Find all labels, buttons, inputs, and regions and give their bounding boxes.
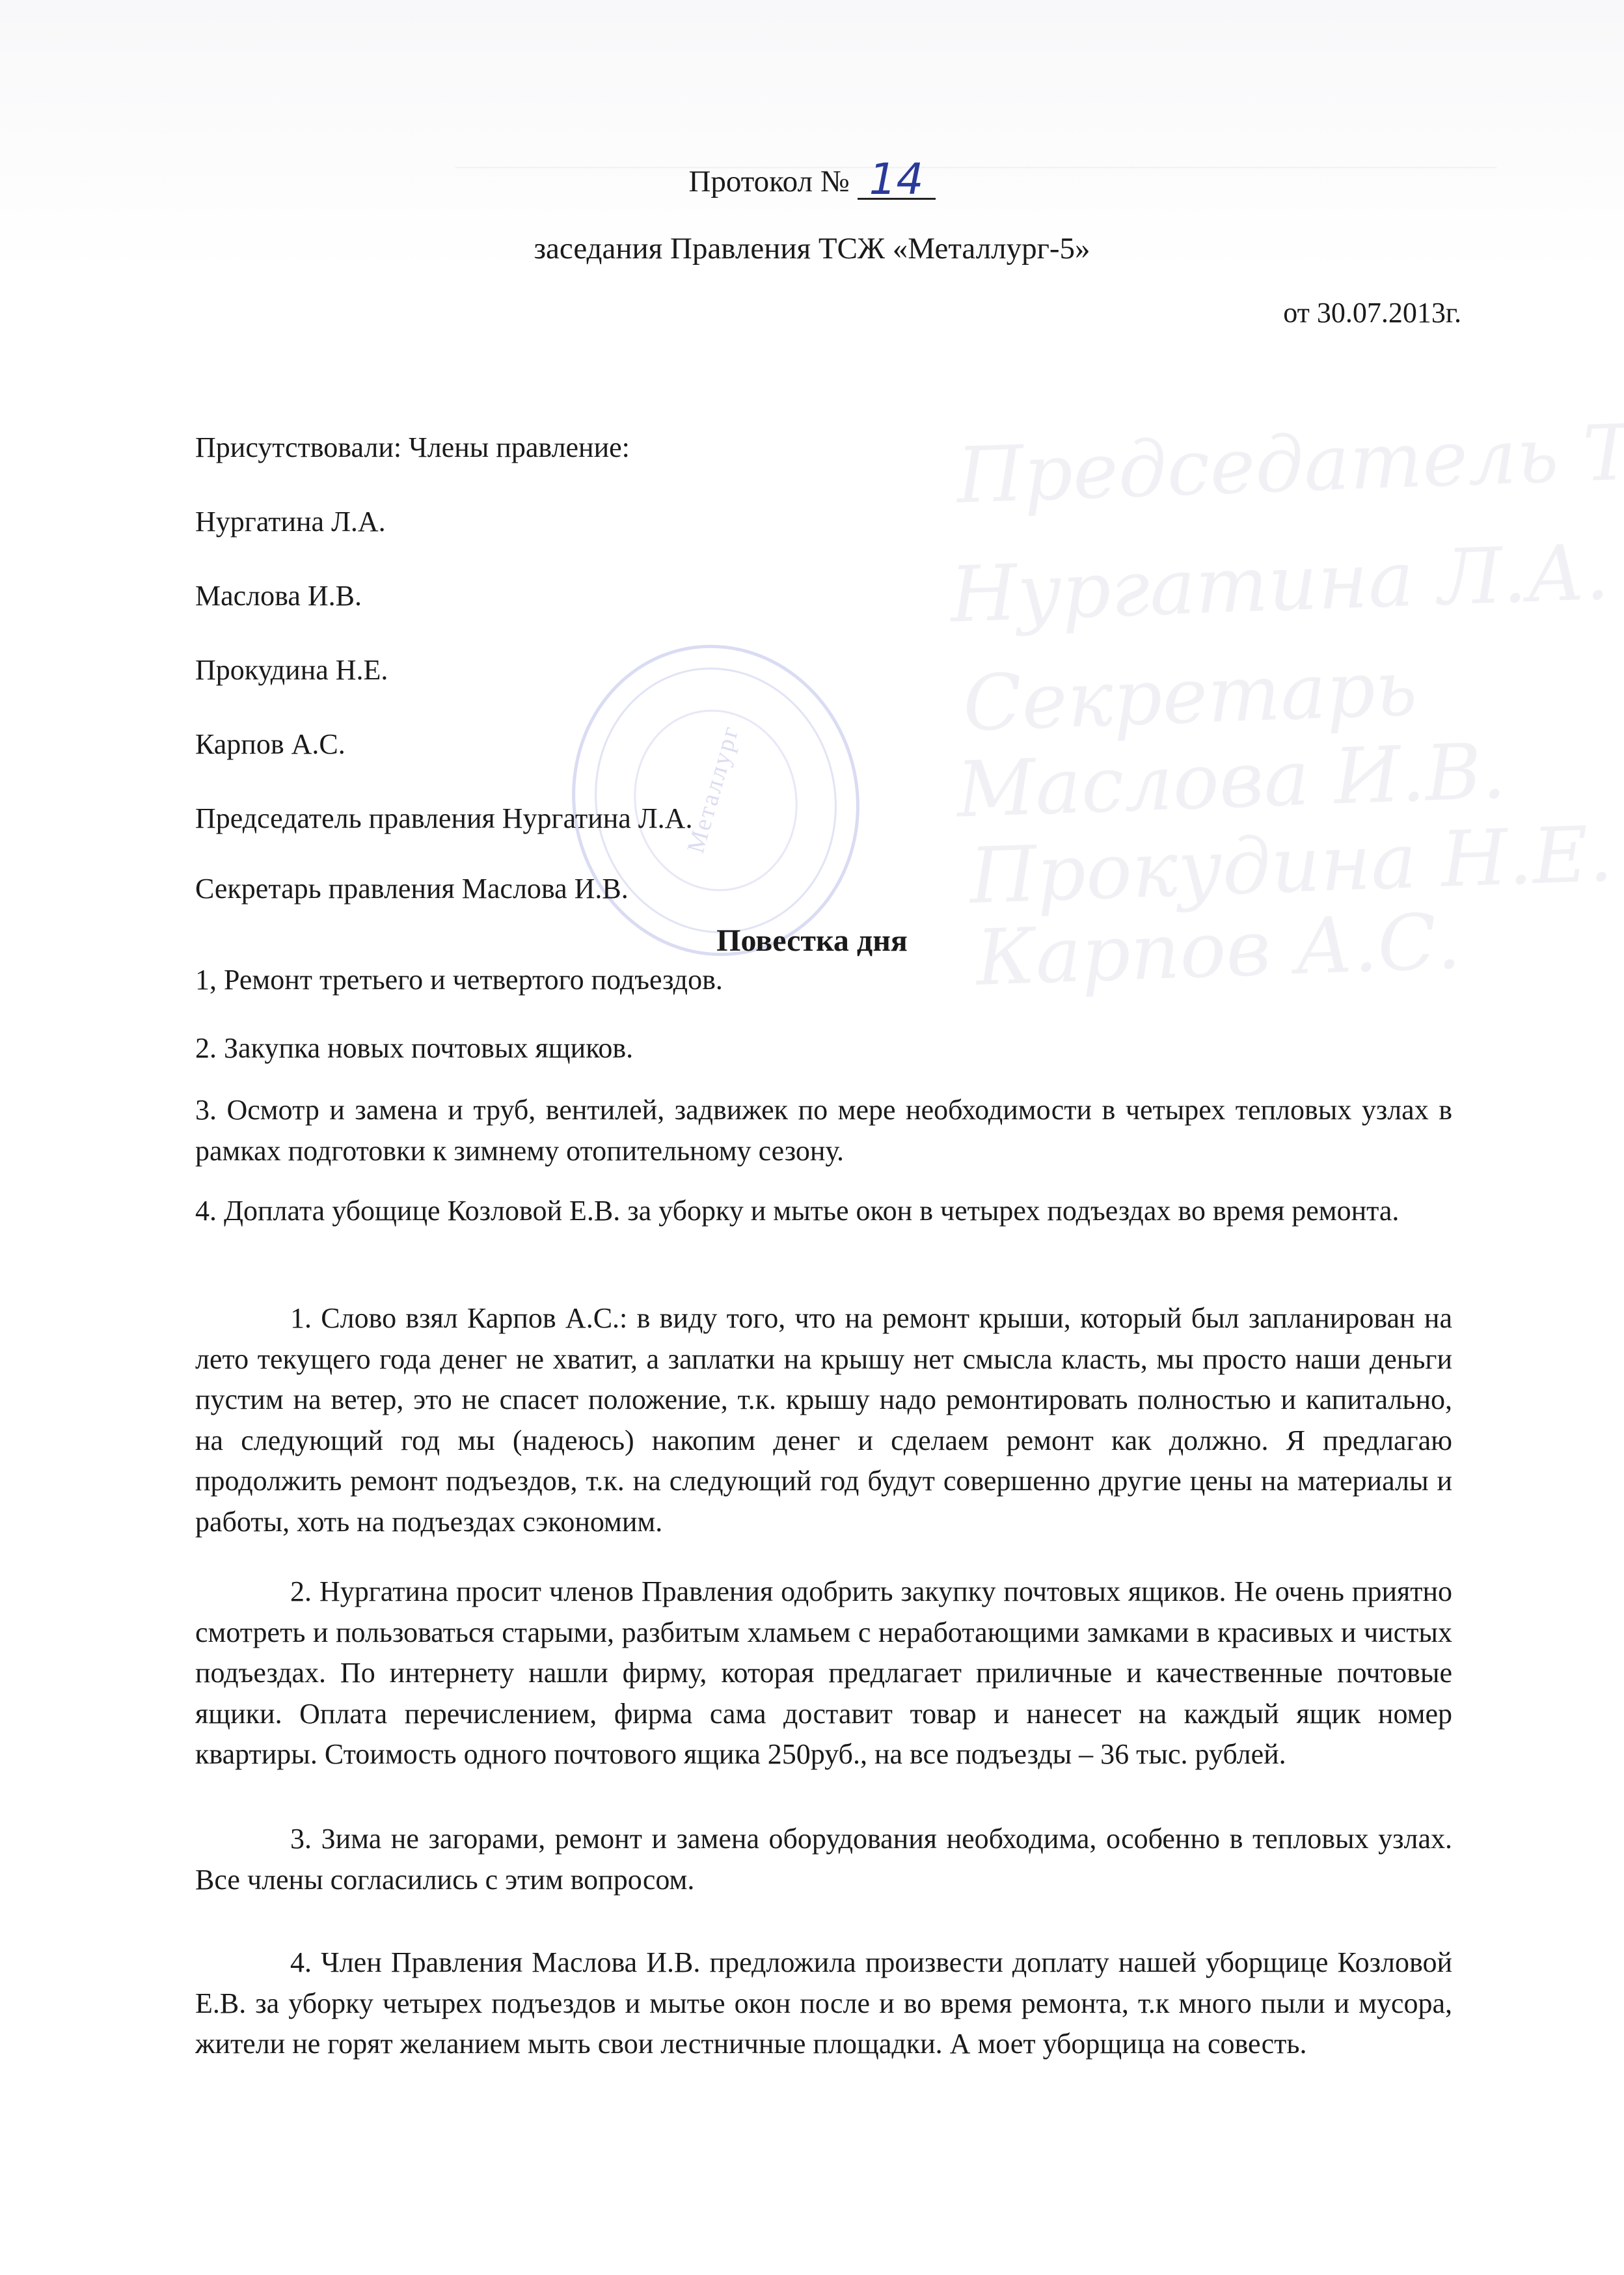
title-prefix: Протокол № [688, 165, 849, 198]
discussion-paragraph: 3. Зима не загорами, ремонт и замена обо… [195, 1819, 1452, 1900]
agenda-item: 2. Закупка новых почтовых ящиков. [195, 1028, 1452, 1069]
member-name: Прокудина Н.Е. [195, 653, 388, 687]
document-page: Председатель ТСЖ Нургатина Л.А. Н.Ну Сек… [0, 0, 1624, 2275]
member-name: Нургатина Л.А. [195, 505, 386, 538]
chairman-line: Председатель правления Нургатина Л.А. [195, 802, 692, 835]
secretary-line: Секретарь правления Маслова И.В. [195, 872, 629, 905]
agenda-item: 3. Осмотр и замена и труб, вентилей, зад… [195, 1090, 1452, 1171]
agenda-item: 1, Ремонт третьего и четвертого подъездо… [195, 960, 1452, 1001]
member-name: Карпов А.С. [195, 728, 345, 761]
attendance-label: Присутствовали: Члены правление: [195, 431, 630, 464]
discussion-paragraph: 2. Нургатина просит членов Правления одо… [195, 1572, 1452, 1775]
document-title: Протокол №14 [0, 161, 1624, 200]
stamp-text: Металлург [661, 651, 766, 927]
member-name: Маслова И.В. [195, 579, 362, 612]
document-subtitle: заседания Правления ТСЖ «Металлург-5» [0, 231, 1624, 266]
agenda-heading: Повестка дня [0, 923, 1624, 959]
discussion-paragraph: 1. Слово взял Карпов А.С.: в виду того, … [195, 1298, 1452, 1542]
discussion-paragraph: 4. Член Правления Маслова И.В. предложил… [195, 1942, 1452, 2065]
protocol-number-handwritten: 14 [858, 161, 936, 200]
agenda-item: 4. Доплата убощице Козловой Е.В. за убор… [195, 1191, 1452, 1232]
document-date: от 30.07.2013г. [1283, 296, 1461, 329]
